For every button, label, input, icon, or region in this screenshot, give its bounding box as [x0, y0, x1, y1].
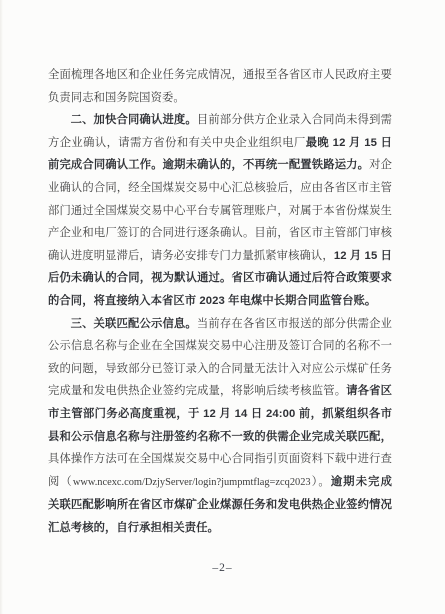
body-text: 对企业确认的合同，经全国煤炭交易中心汇总核验后，应由各省区市主管部门通过全国煤炭… [48, 159, 392, 261]
document-body: 全面梳理各地区和企业任务完成情况，通报至各省区市人民政府主要负责同志和国务院国资… [48, 64, 392, 539]
body-text: 全面梳理各地区和企业任务完成情况，通报至各省区市人民政府主要负责同志和国务院国资… [48, 69, 392, 104]
url-text: www.ncexc.com/DzjyServer/login?jumpmtfla… [73, 477, 311, 488]
page-number: –2– [0, 562, 445, 574]
emphasis-text: 二、加快合同确认进度。 [71, 114, 197, 126]
paragraph: 全面梳理各地区和企业任务完成情况，通报至各省区市人民政府主要负责同志和国务院国资… [48, 64, 392, 109]
paragraph: 三、关联匹配公示信息。当前存在各省区市报送的部分供需企业公示信息名称与企业在全国… [48, 313, 392, 540]
emphasis-text: 三、关联匹配公示信息。 [71, 318, 197, 330]
paragraph: 二、加快合同确认进度。目前部分供方企业录入合同尚未得到需方企业确认，请需方省份和… [48, 109, 392, 312]
document-page: 全面梳理各地区和企业任务完成情况，通报至各省区市人民政府主要负责同志和国务院国资… [0, 0, 445, 614]
body-text: ）。 [311, 476, 331, 488]
